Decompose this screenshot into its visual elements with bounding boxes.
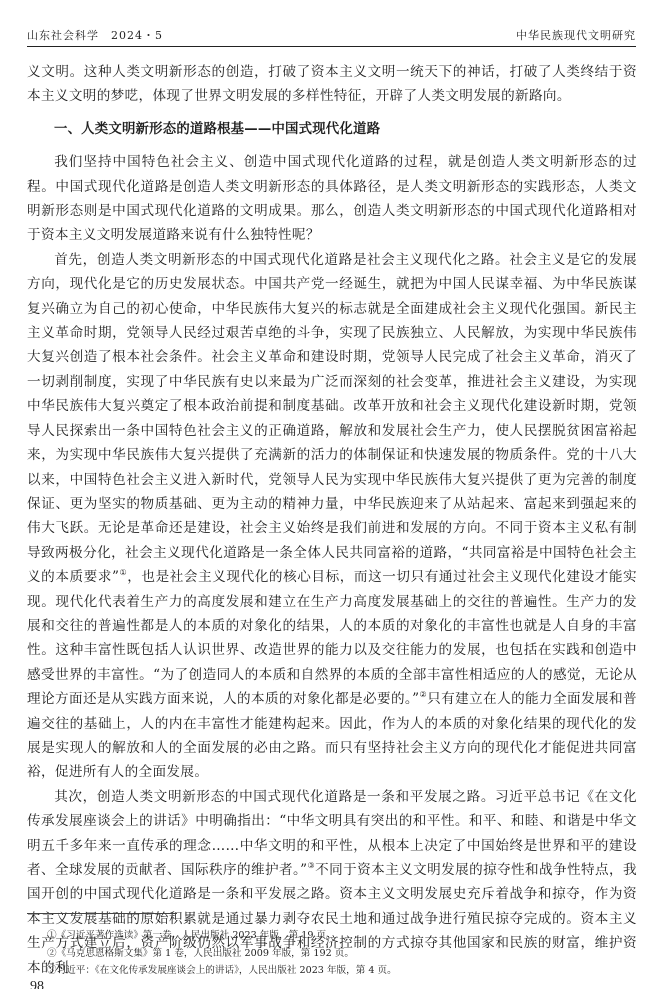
footnotes: ①《习近平著作选读》第一卷，人民出版社 2023 年版，第 19 页。 ②《马克…	[47, 927, 397, 980]
paragraph-continued: 义文明。这种人类文明新形态的创造，打破了资本主义文明一统天下的神话，打破了人类终…	[27, 60, 637, 109]
footnote-3: ③习近平：《在文化传承发展座谈会上的讲话》，人民出版社 2023 年版，第 4 …	[47, 962, 397, 980]
footnote-ref-3[interactable]: ③	[307, 861, 315, 870]
footnote-1: ①《习近平著作选读》第一卷，人民出版社 2023 年版，第 19 页。	[47, 927, 397, 945]
paragraph-socialist-modernization: 首先，创造人类文明新形态的中国式现代化道路是社会主义现代化之路。社会主义是它的发…	[27, 248, 637, 785]
journal-issue: 山东社会科学 2024・5	[27, 27, 163, 43]
footnote-ref-2[interactable]: ②	[419, 690, 427, 699]
section-heading: 一、人类文明新形态的道路根基——中国式现代化道路	[27, 118, 637, 142]
running-head: 山东社会科学 2024・5 中华民族现代文明研究	[27, 24, 636, 47]
footnote-divider	[27, 913, 177, 914]
article-body: 义文明。这种人类文明新形态的创造，打破了资本主义文明一统天下的神话，打破了人类终…	[27, 60, 637, 980]
column-title: 中华民族现代文明研究	[516, 27, 636, 43]
page-number: 98	[30, 979, 44, 989]
footnote-2: ②《马克思恩格斯文集》第 1 卷，人民出版社 2009 年版，第 192 页。	[47, 945, 397, 963]
paragraph-text: ，也是社会主义现代化的核心目标，而这一切只有通过社会主义现代化建设才能实现。现代…	[27, 569, 637, 707]
paragraph-text: 首先，创造人类文明新形态的中国式现代化道路是社会主义现代化之路。社会主义是它的发…	[27, 252, 637, 585]
paragraph-intro: 我们坚持中国特色社会主义、创造中国式现代化道路的过程，就是创造人类文明新形态的过…	[27, 150, 637, 248]
